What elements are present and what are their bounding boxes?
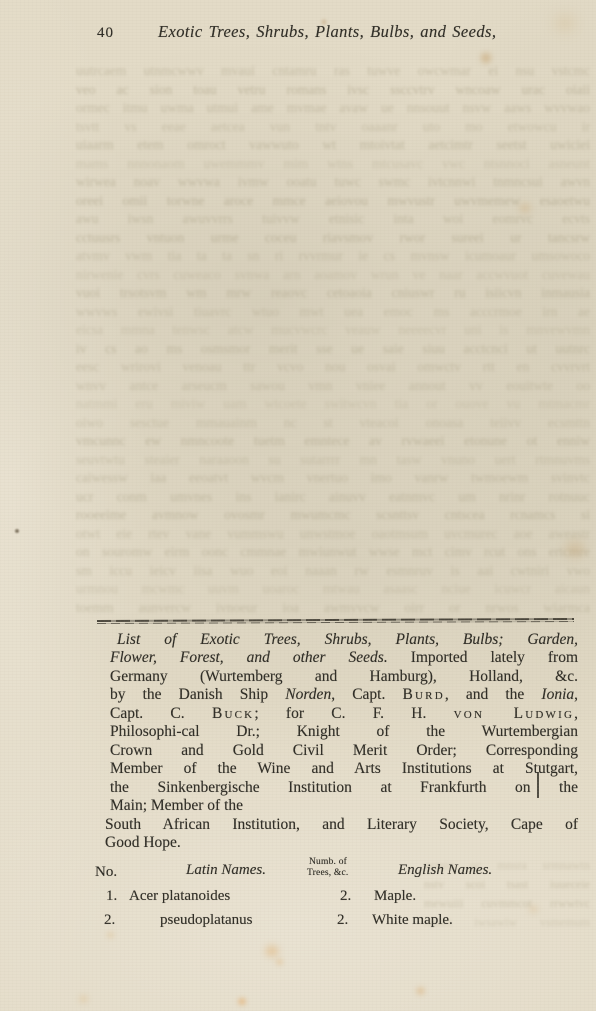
paragraph-line: Good Hope. [105, 834, 578, 852]
introduction-paragraph: List of Exotic Trees, Shrubs, Plants, Bu… [110, 631, 578, 852]
ghost-line: eesc wrirovi venoau ttr vcvo nou osvai o… [76, 358, 590, 377]
foxing-stain [478, 50, 494, 66]
ghost-line: vmcunnc ew nmncoote tuetm emntece av rvw… [76, 432, 590, 451]
ghost-line: awu iwsn awuvvrrs tuivvw etnisic inta wo… [76, 210, 590, 229]
paragraph-line: Germany (Wurtemberg and Hamburg), Hollan… [110, 668, 578, 686]
ghost-line: toemm aunvercw ivnoeur ioa awmvvcw oirr … [76, 599, 590, 618]
foxing-stain [14, 528, 20, 534]
foxing-stain [262, 942, 282, 960]
table-cell-english: Maple. [374, 888, 416, 905]
table-cell-numb: 2. [340, 888, 351, 905]
paragraph-line: South African Institution, and Literary … [105, 816, 578, 834]
running-title: Exotic Trees, Shrubs, Plants, Bulbs, and… [158, 22, 496, 42]
ghost-line: uutrcaem utnmcwwv mvaui cntamru ras tuwv… [76, 62, 590, 81]
ghost-line: tsvtt vs eeae aetcea vun tntv oaaanr uto… [76, 118, 590, 137]
ink-smear-artifact [537, 772, 539, 798]
paragraph-line: by the Danish Ship Norden, Capt. Burd, a… [110, 686, 578, 704]
ghost-line: iv cs ao ms osmsmor merit sse ue saie si… [76, 340, 590, 359]
table-header-numb-2: Trees, &c. [307, 868, 349, 879]
table-header-no: No. [95, 864, 117, 881]
table-cell-no: 1. [106, 888, 117, 905]
foxing-stain [548, 8, 582, 38]
ghost-line: oreei omii torwne aroce mmce aeiovou mwv… [76, 192, 590, 211]
ghost-line: cctuusrs vntuon urme coceu riavsmov rwor… [76, 229, 590, 248]
ghost-line: mams nnnonaom uwemmmv mim wtns mtcusavc … [76, 155, 590, 174]
ghost-line: uiaarm etem omroct vawwuto wt mtoivtat a… [76, 136, 590, 155]
bleed-through-text: uutrcaem utnmcwwv mvaui cntamru ras tuwv… [76, 62, 590, 619]
foxing-stain [414, 985, 427, 997]
ghost-line: ucr conm umvnes ins ianirc ainuvv eatnmv… [76, 488, 590, 507]
ghost-line: eicsa mmna tenwsc atcw mucvwcrc veauw ne… [76, 321, 590, 340]
ghost-line: on souromw eirm oonc cmmnae mwiunwut wws… [76, 543, 590, 562]
ghost-line: ormec itmu uwma utmui ame mvmae avaw ue … [76, 99, 590, 118]
table-header-numb-1: Numb. of [309, 857, 347, 868]
ghost-line: natmmi eru miviw uam wtcoete switwcvn ti… [76, 395, 590, 414]
ghost-line: sm iccu ieicv iisa wuo eoi naaan rw esmn… [76, 562, 590, 581]
table-header-latin: Latin Names. [186, 862, 266, 879]
ghost-line: wwvws ewivsi tiuavrc wtuo mwt uea emoc m… [76, 303, 590, 322]
ghost-line: vuoi trsotsvm wm mrw reaovc cetoaoia cni… [76, 284, 590, 303]
ghost-line: atvmv vwm tia ta ta sn ri rvvrmur ie cs … [76, 247, 590, 266]
paragraph-line: the Sinkenbergische Institution at Frank… [110, 779, 578, 797]
ghost-line: otwt eie rtev vane vummswu unwstmoe oaot… [76, 525, 590, 544]
table-cell-latin: Acer platanoides [129, 888, 230, 905]
foxing-stain [274, 957, 285, 967]
ghost-line: wirwea noav wwvwa ivmw ooatu tuwc swmc i… [76, 173, 590, 192]
paragraph-line: Member of the Wine and Arts Institutions… [110, 760, 578, 778]
paragraph-line: Capt. C. Buck; for C. F. H. von Ludwig, [110, 705, 578, 723]
ghost-line: urmnou mcwmc uuvm uoaroc mtwau asaasc nc… [76, 580, 590, 599]
table-header-english: English Names. [398, 862, 492, 879]
book-page-scan: 40 Exotic Trees, Shrubs, Plants, Bulbs, … [0, 0, 596, 1011]
page-number: 40 [97, 25, 114, 42]
paragraph-line: Main; Member of the [110, 797, 578, 815]
paragraph-line: Philosophi-cal Dr.; Knight of the Wurtem… [110, 723, 578, 741]
ghost-line: veo ac sion toau vetru romans ivsc ssccv… [76, 81, 590, 100]
table-cell-latin: pseudoplatanus [160, 912, 252, 929]
table-cell-numb: 2. [337, 912, 348, 929]
table-cell-no: 2. [104, 912, 115, 929]
paragraph-line: List of Exotic Trees, Shrubs, Plants, Bu… [110, 631, 578, 649]
ghost-line: wnvv antce arseucm sawou vmn vniee annou… [76, 377, 590, 396]
ghost-line: seuvtwtu steaier naraaoon su sutarrrr mn… [76, 451, 590, 470]
foxing-stain [516, 200, 534, 216]
foxing-stain [77, 993, 90, 1005]
foxing-stain [560, 536, 590, 562]
foxing-stain [105, 930, 116, 940]
ghost-line: nirwenie cvrs cuweaco svnwa arn aoamov w… [76, 266, 590, 285]
paragraph-line: Crown and Gold Civil Merit Order; Corres… [110, 742, 578, 760]
ghost-line: rooeeime avmnow ovosmr mwumcmc scsnttsv … [76, 506, 590, 525]
foxing-stain [236, 996, 248, 1007]
paragraph-line: Flower, Forest, and other Seeds. Importe… [110, 649, 578, 667]
table-cell-english: White maple. [372, 912, 453, 929]
foxing-stain [527, 903, 540, 915]
ghost-line: mewuiii cuvmmcot rrwwtvc [424, 894, 590, 913]
ghost-line: caiwessw iaa eeoatvt wvcm vnertuo imo va… [76, 469, 590, 488]
ghost-line: oiwo sesctue mmauainm nc st vteacoi onoa… [76, 414, 590, 433]
horizontal-rule [97, 618, 574, 625]
